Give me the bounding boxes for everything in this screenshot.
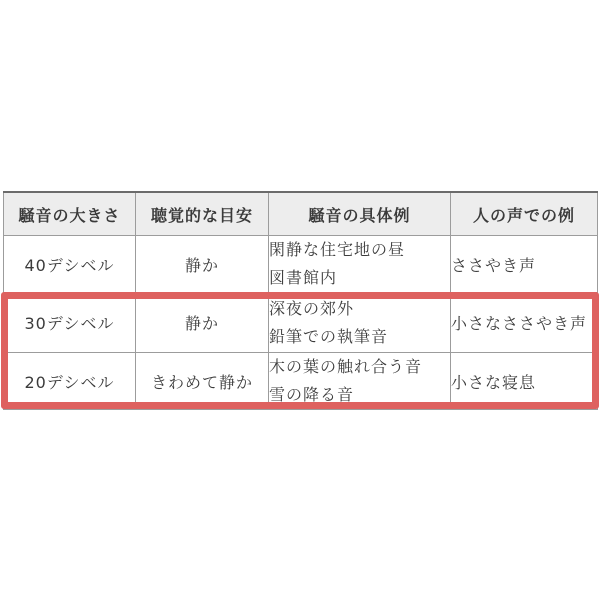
cell-guide-20: きわめて静か: [136, 353, 269, 410]
cell-guide-30: 静か: [136, 293, 269, 353]
cell-voice-20: 小さな寝息: [451, 353, 598, 410]
example-line: 木の葉の触れ合う音: [269, 353, 450, 381]
header-cell-noise-examples: 騒音の具体例: [269, 192, 451, 236]
example-line: 深夜の郊外: [269, 295, 450, 323]
example-line: 雪の降る音: [269, 381, 450, 409]
cell-decibel-20: 20デシベル: [4, 353, 136, 410]
cell-guide-40: 静か: [136, 236, 269, 293]
cell-voice-30: 小さなささやき声: [451, 293, 598, 353]
cell-examples-40: 閑静な住宅地の昼 図書館内: [269, 236, 451, 293]
cell-decibel-40: 40デシベル: [4, 236, 136, 293]
cell-voice-40: ささやき声: [451, 236, 598, 293]
noise-level-table: 騒音の大きさ 聴覚的な目安 騒音の具体例 人の声での例 40デシベル 静か 閑静…: [3, 191, 598, 410]
cell-examples-20: 木の葉の触れ合う音 雪の降る音: [269, 353, 451, 410]
header-cell-voice-examples: 人の声での例: [451, 192, 598, 236]
table-row: 40デシベル 静か 閑静な住宅地の昼 図書館内 ささやき声: [4, 236, 598, 293]
table-header-row: 騒音の大きさ 聴覚的な目安 騒音の具体例 人の声での例: [4, 192, 598, 236]
noise-level-infographic: 騒音の大きさ 聴覚的な目安 騒音の具体例 人の声での例 40デシベル 静か 閑静…: [0, 0, 600, 600]
cell-decibel-30: 30デシベル: [4, 293, 136, 353]
table-row-highlighted: 30デシベル 静か 深夜の郊外 鉛筆での執筆音 小さなささやき声: [4, 293, 598, 353]
cell-examples-30: 深夜の郊外 鉛筆での執筆音: [269, 293, 451, 353]
example-line: 図書館内: [269, 264, 450, 292]
header-cell-noise-level: 騒音の大きさ: [4, 192, 136, 236]
example-line: 閑静な住宅地の昼: [269, 236, 450, 264]
header-cell-auditory-guide: 聴覚的な目安: [136, 192, 269, 236]
table-row-highlighted: 20デシベル きわめて静か 木の葉の触れ合う音 雪の降る音 小さな寝息: [4, 353, 598, 410]
example-line: 鉛筆での執筆音: [269, 323, 450, 351]
